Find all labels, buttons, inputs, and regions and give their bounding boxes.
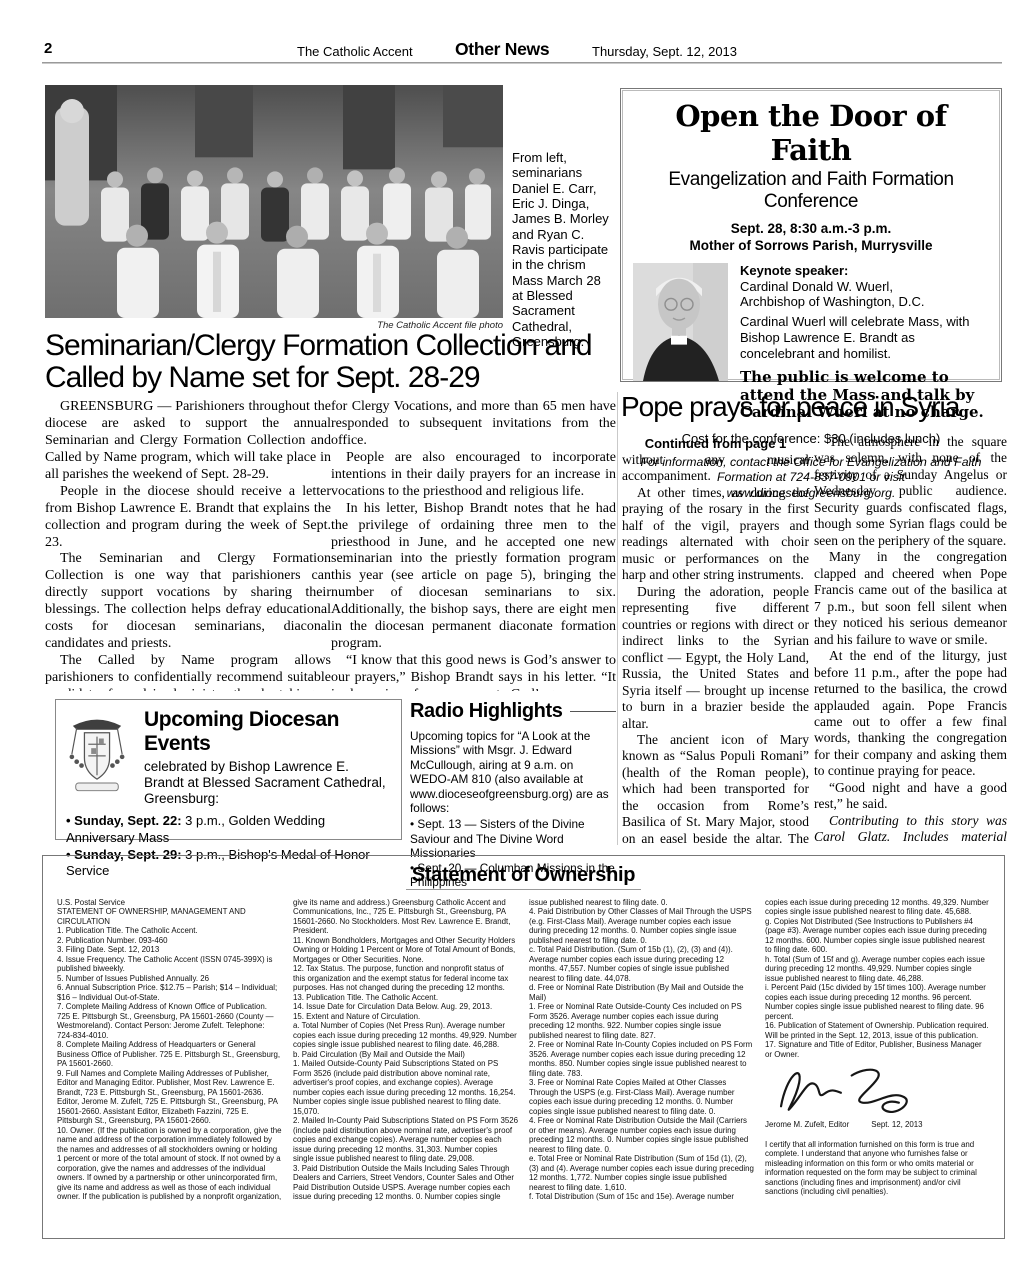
signature-name: Jerome M. Zufelt, Editor	[765, 1120, 849, 1129]
signature-date: Sept. 12, 2013	[871, 1120, 922, 1129]
keynote-name: Cardinal Donald W. Wuerl,	[740, 279, 989, 295]
signature-line: Jerome M. Zufelt, EditorSept. 12, 2013	[765, 1120, 990, 1129]
ownership-col-4: copies each issue during preceding 12 mo…	[765, 898, 990, 1202]
contributing-note: Contributing to this story was Carol Gla…	[814, 813, 1007, 846]
cardinal-wuerl-photo	[633, 263, 728, 381]
keynote-label: Keynote speaker:	[740, 263, 989, 279]
ownership-title: Statement of Ownership	[406, 864, 641, 890]
pope-col1-text: without any musical accompaniment.At oth…	[622, 452, 809, 846]
main-headline: Seminarian/Clergy Formation Collection a…	[45, 330, 619, 394]
header-rule	[42, 62, 1002, 64]
main-article-col2-text: for Clergy Vocations, and more than 65 m…	[331, 399, 616, 691]
main-article-column-1: GREENSBURG — Parishioners throughout the…	[45, 399, 331, 691]
coat-of-arms-icon	[68, 710, 126, 796]
signature-art	[769, 1061, 929, 1119]
newspaper-page: 2 The Catholic Accent Other News Thursda…	[0, 0, 1024, 1274]
column-rule	[617, 392, 618, 845]
radio-title: Radio Highlights	[410, 700, 562, 723]
continued-from-note: Continued from page 1	[622, 436, 809, 451]
pope-headline: Pope prays for peace in Syria	[621, 391, 1007, 423]
events-intro: celebrated by Bishop Lawrence E. Brandt …	[144, 759, 391, 807]
ownership-col-3: issue published nearest to filing date. …	[529, 898, 754, 1202]
keynote-description: Cardinal Wuerl will celebrate Mass, with…	[740, 314, 989, 362]
page-number: 2	[44, 40, 52, 57]
seminarians-photo	[45, 85, 503, 318]
radio-title-rule	[570, 711, 616, 712]
ownership-col-1: U.S. Postal ServiceSTATEMENT OF OWNERSHI…	[57, 898, 282, 1202]
ownership-columns: U.S. Postal ServiceSTATEMENT OF OWNERSHI…	[57, 898, 990, 1202]
photo-caption: From left, seminarians Daniel E. Carr, E…	[512, 150, 615, 349]
main-article-column-2: for Clergy Vocations, and more than 65 m…	[331, 399, 616, 691]
ownership-title-wrap: Statement of Ownership	[57, 864, 990, 890]
ownership-col-4-top: copies each issue during preceding 12 mo…	[765, 898, 990, 1059]
pope-column-2: The atmosphere in the square was solemn,…	[814, 434, 1007, 846]
conference-location: Mother of Sorrows Parish, Murrysville	[633, 238, 989, 255]
pope-column-1: Continued from page 1 without any musica…	[622, 434, 809, 846]
main-article-col1-text: GREENSBURG — Parishioners throughout the…	[45, 399, 331, 691]
keynote-title: Archbishop of Washington, D.C.	[740, 294, 989, 310]
events-box: Upcoming Diocesan Events celebrated by B…	[55, 699, 402, 840]
pope-col2-text: The atmosphere in the square was solemn,…	[814, 434, 1007, 813]
conference-title: Open the Door of Faith	[633, 99, 989, 167]
conference-datetime: Sept. 28, 8:30 a.m.-3 p.m.	[633, 221, 989, 238]
events-title: Upcoming Diocesan Events	[144, 708, 391, 756]
conference-subtitle: Evangelization and Faith Formation Confe…	[633, 169, 989, 213]
ownership-box: Statement of Ownership U.S. Postal Servi…	[42, 855, 1005, 1239]
radio-intro: Upcoming topics for “A Look at the Missi…	[410, 729, 616, 815]
ownership-col-2: give its name and address.) Greensburg C…	[293, 898, 518, 1202]
contributing-note-wrap: Contributing to this story was Carol Gla…	[814, 813, 1007, 846]
seminarians-photo-art	[45, 85, 503, 318]
radio-title-row: Radio Highlights	[410, 700, 616, 723]
ownership-col-4-bottom: I certify that all information furnished…	[765, 1140, 990, 1197]
cardinal-wuerl-photo-art	[633, 263, 728, 381]
issue-date: Thursday, Sept. 12, 2013	[592, 44, 737, 59]
section-title: Other News	[455, 39, 549, 60]
conference-box: Open the Door of Faith Evangelization an…	[620, 88, 1002, 382]
events-header: Upcoming Diocesan Events celebrated by B…	[144, 708, 391, 807]
publication-name: The Catholic Accent	[297, 44, 413, 59]
signature-image	[769, 1061, 990, 1119]
